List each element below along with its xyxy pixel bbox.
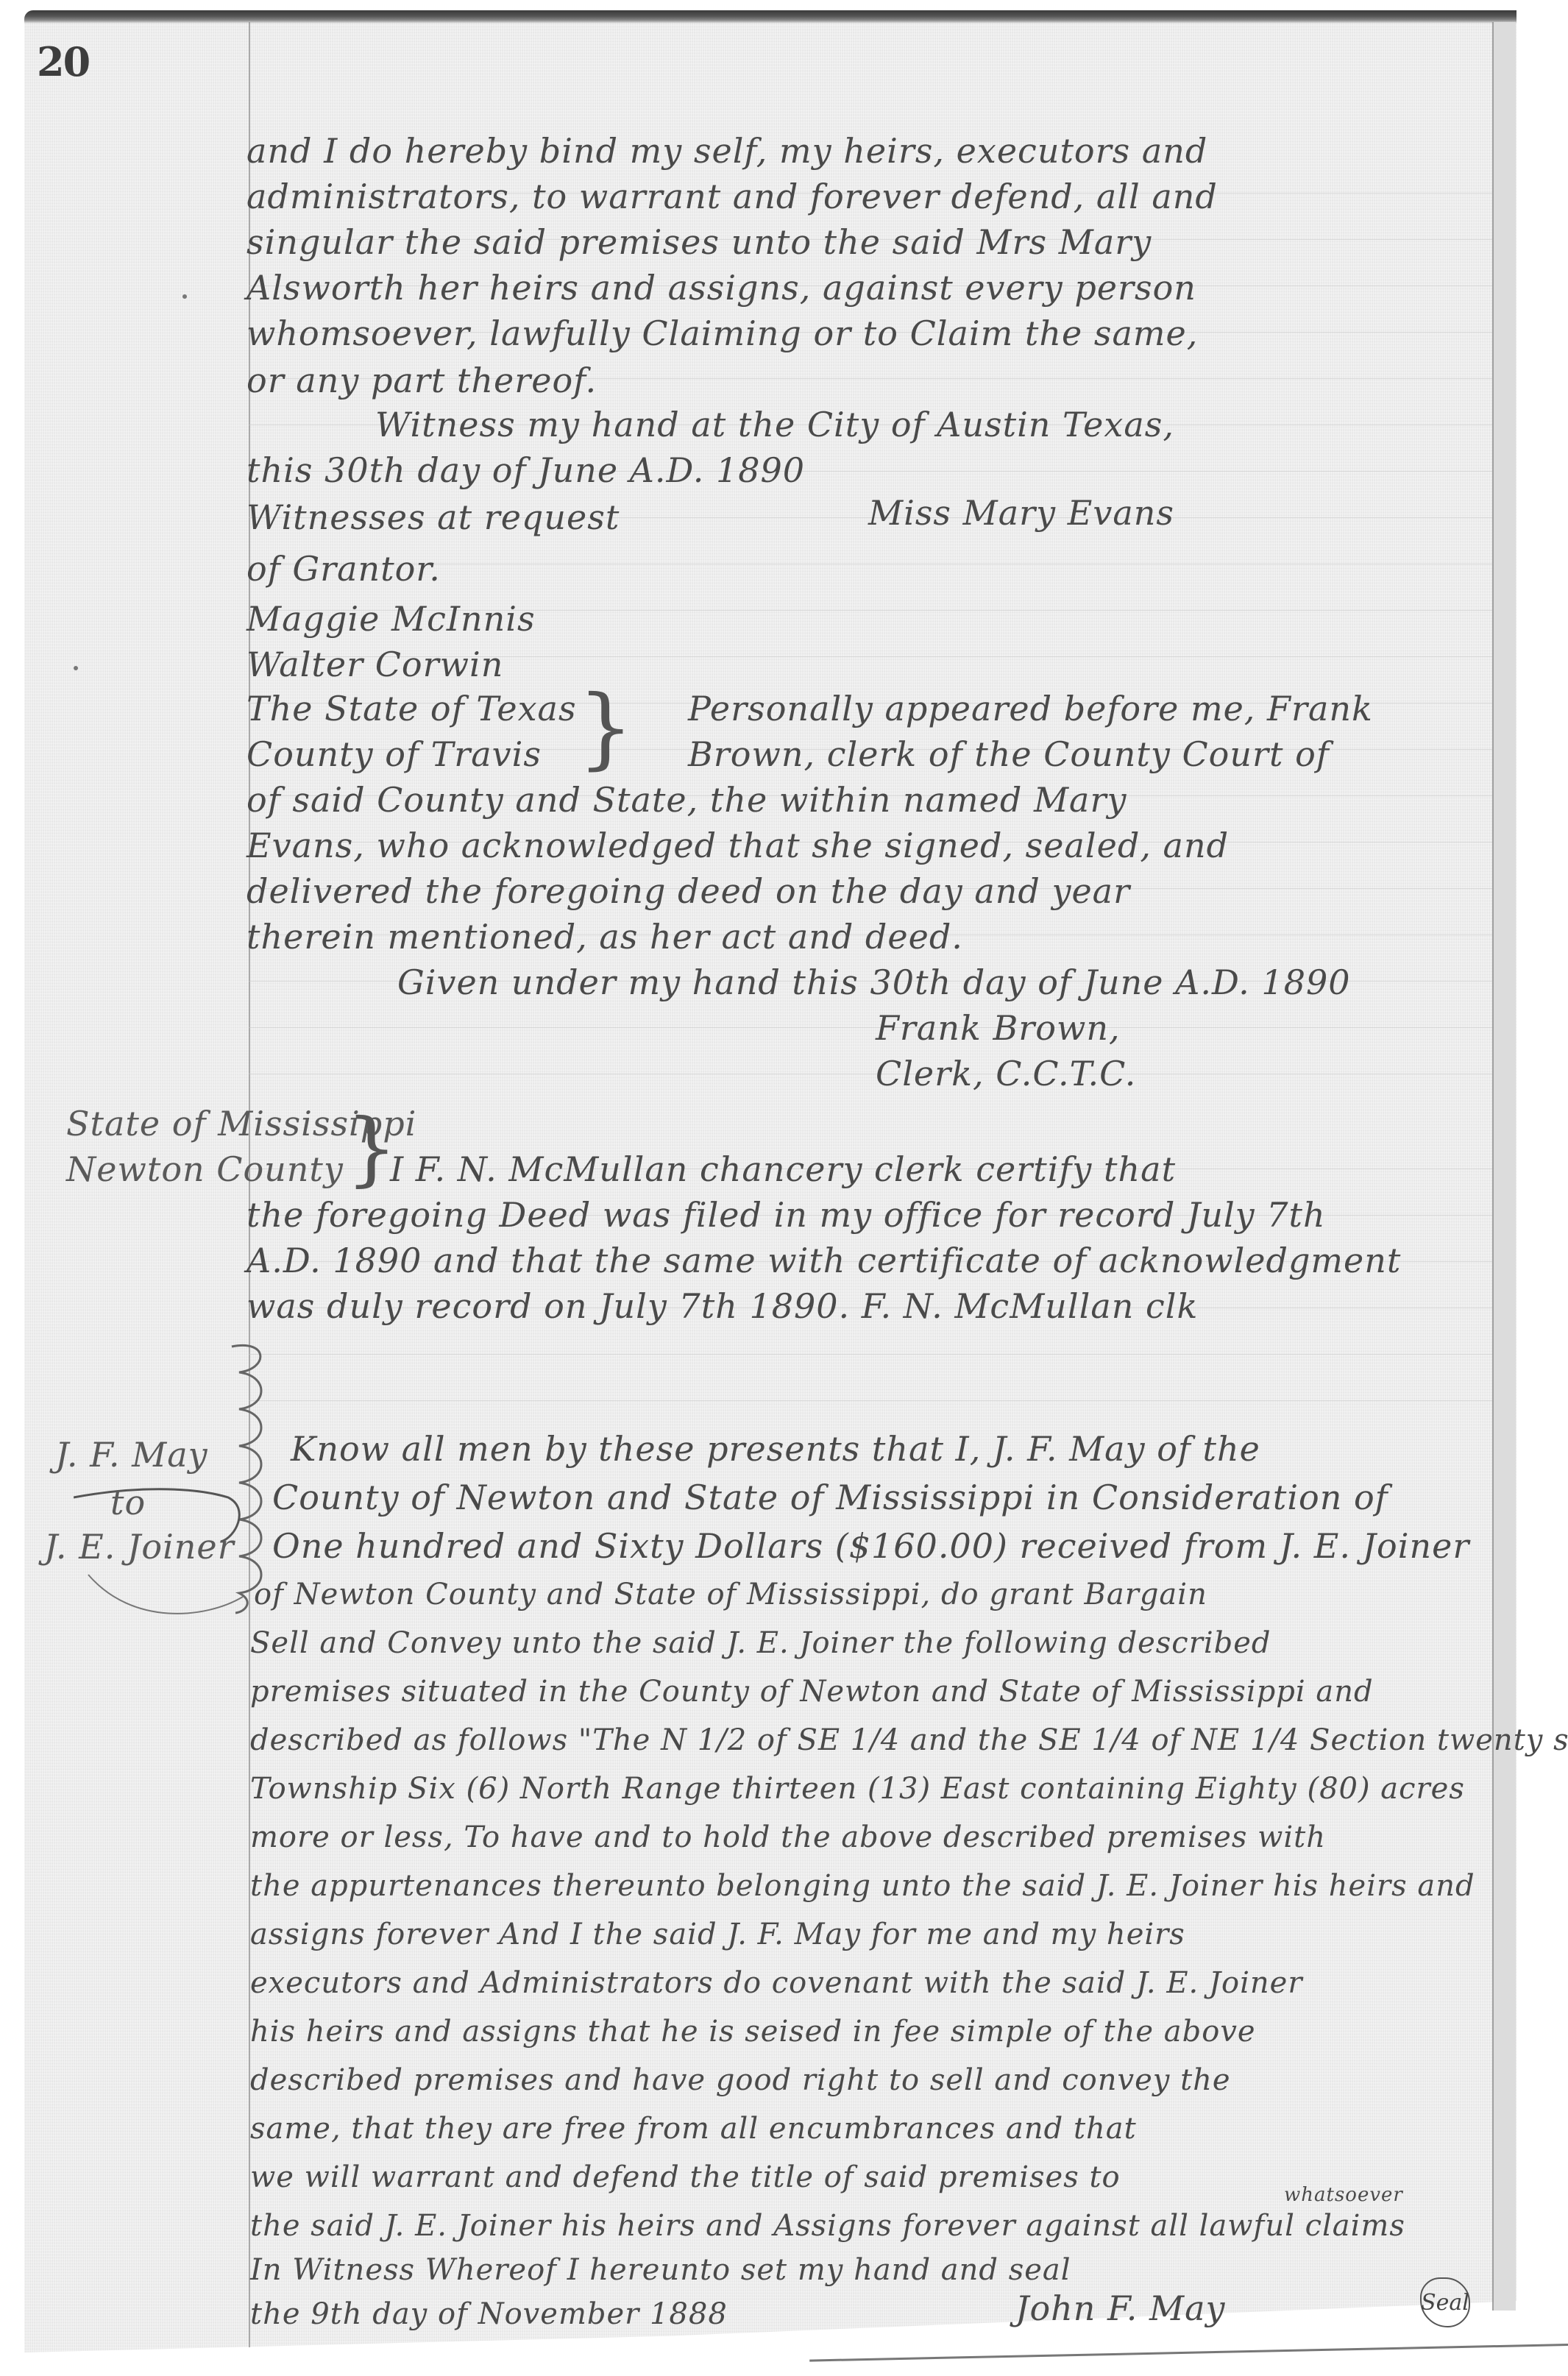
deed-line: whomsoever, lawfully Claiming or to Clai… [246, 313, 1198, 353]
certificate-line: was duly record on July 7th 1890. F. N. … [246, 1286, 1198, 1326]
certificate-line: A.D. 1890 and that the same with certifi… [246, 1241, 1401, 1280]
interlineation: whatsoever [1284, 2184, 1403, 2206]
brace-icon: } [578, 684, 634, 773]
deed-line: assigns forever And I the said J. F. May… [250, 1918, 1185, 1951]
margin-grantor: J. F. May [55, 1435, 208, 1475]
acknowledgment-line: Brown, clerk of the County Court of [688, 734, 1330, 774]
venue-state: The State of Texas [246, 689, 577, 728]
deed-line: Alsworth her heirs and assigns, against … [246, 268, 1196, 308]
grantor-signature: John F. May [1015, 2288, 1226, 2328]
deed-line: executors and Administrators do covenant… [250, 1966, 1302, 2000]
deed-line: described as follows "The N 1/2 of SE 1/… [250, 1723, 1568, 1757]
deed-line: singular the said premises unto the said… [246, 222, 1152, 262]
deed-line: described premises and have good right t… [250, 2063, 1231, 2097]
deed-line: In Witness Whereof I hereunto set my han… [250, 2253, 1071, 2287]
acknowledgment-line: Evans, who acknowledged that she signed,… [246, 826, 1229, 865]
deed-line: Know all men by these presents that I, J… [291, 1429, 1260, 1469]
date-line: this 30th day of June A.D. 1890 [246, 450, 805, 490]
grantor-signature: Miss Mary Evans [868, 493, 1174, 533]
witnesses-heading: Witnesses at request [246, 497, 620, 537]
acknowledgment-line: of said County and State, the within nam… [246, 780, 1127, 820]
acknowledgment-line: Personally appeared before me, Frank [688, 689, 1373, 728]
deed-line: Township Six (6) North Range thirteen (1… [250, 1772, 1465, 1806]
deed-line: same, that they are free from all encumb… [250, 2112, 1137, 2146]
margin-to: to [110, 1483, 146, 1522]
given-line: Given under my hand this 30th day of Jun… [397, 962, 1351, 1002]
witnesses-heading: of Grantor. [246, 549, 441, 589]
ruled-line [249, 1027, 1492, 1028]
margin-grantee: J. E. Joiner [44, 1527, 235, 1567]
margin-mark [182, 294, 187, 299]
deed-line: One hundred and Sixty Dollars ($160.00) … [272, 1526, 1469, 1566]
deed-line: the 9th day of November 1888 [250, 2297, 728, 2331]
ruled-line [249, 1074, 1492, 1074]
witness-name: Walter Corwin [246, 645, 503, 684]
page-number: 20 [37, 38, 89, 85]
deed-line: or any part thereof. [246, 361, 597, 400]
certificate-line: the foregoing Deed was filed in my offic… [246, 1195, 1326, 1235]
right-margin-rule [1492, 22, 1494, 2311]
acknowledgment-line: delivered the foregoing deed on the day … [246, 871, 1130, 911]
right-gutter [1494, 22, 1516, 2311]
ruled-line [249, 1354, 1492, 1355]
witness-name: Maggie McInnis [246, 599, 536, 639]
margin-mark [74, 666, 78, 670]
venue-county: County of Travis [246, 734, 542, 774]
certificate-line: I F. N. McMullan chancery clerk certify … [390, 1149, 1176, 1189]
deed-line: we will warrant and defend the title of … [250, 2160, 1121, 2194]
deed-line: more or less, To have and to hold the ab… [250, 1820, 1326, 1854]
deed-line: Sell and Convey unto the said J. E. Join… [250, 1626, 1271, 1660]
deed-line: County of Newton and State of Mississipp… [272, 1478, 1388, 1517]
deed-line: the said J. E. Joiner his heirs and Assi… [250, 2209, 1405, 2243]
deed-line: the appurtenances thereunto belonging un… [250, 1869, 1475, 1903]
deed-line: administrators, to warrant and forever d… [246, 177, 1218, 216]
margin-county: Newton County [66, 1149, 344, 1189]
deed-line: premises situated in the County of Newto… [250, 1675, 1374, 1709]
deed-line: his heirs and assigns that he is seised … [250, 2015, 1256, 2049]
acknowledgment-line: therein mentioned, as her act and deed. [246, 917, 963, 957]
clerk-title: Clerk, C.C.T.C. [876, 1054, 1136, 1093]
deed-line: of Newton County and State of Mississipp… [254, 1578, 1207, 1611]
deed-line: and I do hereby bind my self, my heirs, … [246, 131, 1207, 171]
witness-clause: Witness my hand at the City of Austin Te… [375, 405, 1174, 444]
ruled-line [249, 1400, 1492, 1401]
clerk-signature: Frank Brown, [876, 1008, 1121, 1048]
